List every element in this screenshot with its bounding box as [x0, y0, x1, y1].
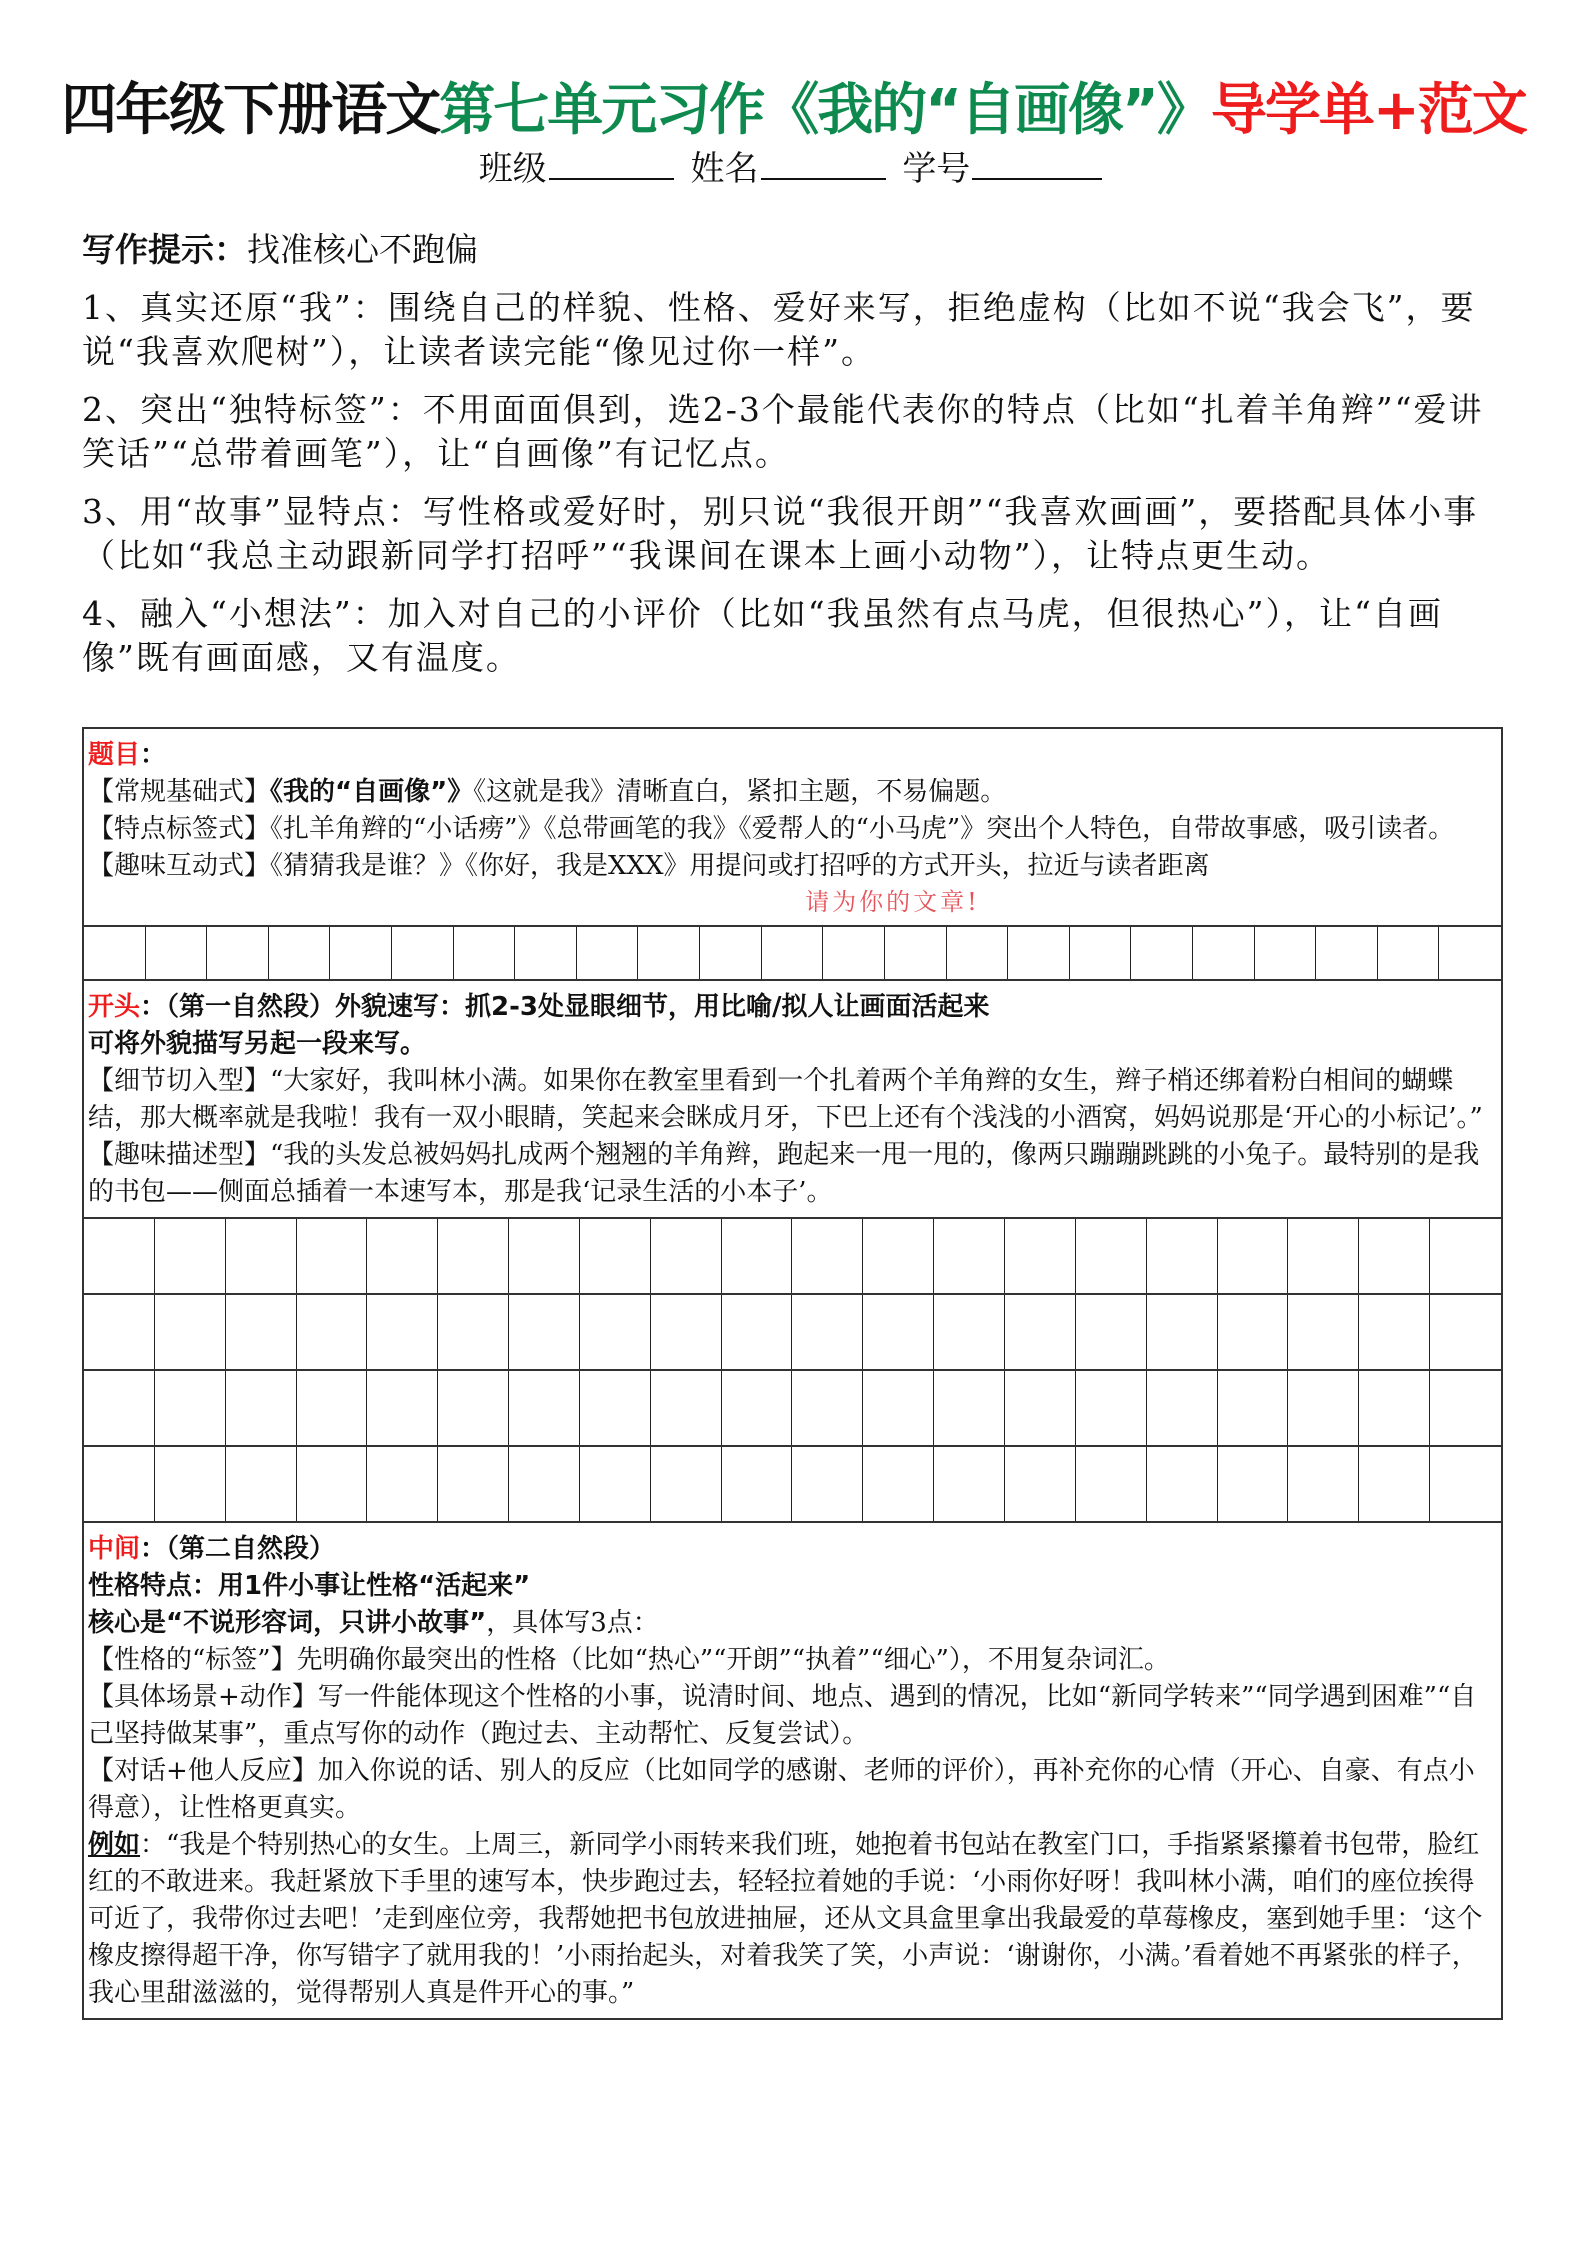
class-label: 班级	[479, 149, 547, 189]
grid-cell[interactable]	[438, 1219, 509, 1293]
grid-cell[interactable]	[509, 1371, 580, 1445]
grid-cell[interactable]	[722, 1447, 793, 1521]
grid-cell[interactable]	[1218, 1219, 1289, 1293]
title-unit-assignment: 第七单元习作《我的“自画像”》	[439, 78, 1211, 143]
middle-section: 中间：（第二自然段） 性格特点：用1件小事让性格“活起来” 核心是“不说形容词，…	[84, 1523, 1501, 2018]
tip-item-2: 2、突出“独特标签”：不用面面俱到，选2-3个最能代表你的特点（比如“扎着羊角辫…	[82, 388, 1512, 476]
tip-item-4: 4、融入“小想法”：加入对自己的小评价（比如“我虽然有点马虎，但很热心”），让“…	[82, 592, 1512, 680]
point-text: 先明确你最突出的性格（比如“热心”“开朗”“执着”“细心”），不用复杂词汇。	[297, 1645, 1170, 1675]
topic-section: 题目： 【常规基础式】《我的“自画像”》《这就是我》清晰直白，紧扣主题，不易偏题…	[84, 729, 1501, 927]
grid-cell[interactable]	[84, 1371, 155, 1445]
page-title: 四年级下册语文第七单元习作《我的“自画像”》导学单+范文	[0, 76, 1587, 146]
student-info-line: 班级 姓名 学号	[0, 146, 1587, 192]
grid-cell[interactable]	[722, 1219, 793, 1293]
example-text: ：“我是个特别热心的女生。上周三，新同学小雨转来我们班，她抱着书包站在教室门口，…	[88, 1830, 1483, 2008]
topic-option-tag: 【特点标签式】	[88, 814, 270, 844]
opening-example-2: 【趣味描述型】“我的头发总被妈妈扎成两个翘翘的羊角辫，跑起来一甩一甩的，像两只蹦…	[88, 1137, 1497, 1211]
grid-cell[interactable]	[1218, 1447, 1289, 1521]
grid-cell[interactable]	[226, 1371, 297, 1445]
grid-cell[interactable]	[1147, 1295, 1218, 1369]
grid-cell[interactable]	[934, 1447, 1005, 1521]
topic-option-1: 【常规基础式】《我的“自画像”》《这就是我》清晰直白，紧扣主题，不易偏题。	[88, 774, 1497, 811]
topic-option-text: 《扎羊角辫的“小话痨”》《总带画笔的我》《爱帮人的“小马虎”》突出个人特色，自带…	[270, 814, 1454, 844]
grid-cell[interactable]	[947, 927, 1009, 979]
grid-cell[interactable]	[934, 1219, 1005, 1293]
grid-cell[interactable]	[226, 1295, 297, 1369]
grid-cell[interactable]	[84, 1295, 155, 1369]
topic-option-tag: 【趣味互动式】	[88, 851, 270, 881]
grid-cell[interactable]	[297, 1295, 368, 1369]
grid-cell[interactable]	[1288, 1371, 1359, 1445]
grid-cell[interactable]	[792, 1295, 863, 1369]
grid-cell[interactable]	[700, 927, 762, 979]
name-label: 姓名	[691, 149, 759, 189]
grid-cell[interactable]	[651, 1219, 722, 1293]
grid-cell[interactable]	[885, 927, 947, 979]
grid-cell[interactable]	[1008, 927, 1070, 979]
grid-cell[interactable]	[1359, 1295, 1430, 1369]
grid-cell[interactable]	[762, 927, 824, 979]
topic-label: 题目	[88, 740, 140, 770]
grid-cell[interactable]	[792, 1219, 863, 1293]
topic-option-tag: 【常规基础式】	[88, 777, 270, 807]
grid-cell[interactable]	[155, 1219, 226, 1293]
grid-cell[interactable]	[509, 1219, 580, 1293]
grid-row	[84, 1447, 1501, 1523]
grid-cell[interactable]	[1076, 1371, 1147, 1445]
tips-heading-text: 找准核心不跑偏	[247, 230, 478, 269]
opening-example-1: 【细节切入型】“大家好，我叫林小满。如果你在教室里看到一个扎着两个羊角辫的女生，…	[88, 1063, 1497, 1137]
tip-item-1: 1、真实还原“我”：围绕自己的样貌、性格、爱好来写，拒绝虚构（比如不说“我会飞”…	[82, 286, 1512, 374]
class-field[interactable]	[549, 146, 674, 180]
writing-tips: 写作提示：找准核心不跑偏 1、真实还原“我”：围绕自己的样貌、性格、爱好来写，拒…	[82, 228, 1512, 694]
topic-colon: ：	[140, 740, 166, 770]
grid-cell[interactable]	[863, 1295, 934, 1369]
middle-example: 例如：“我是个特别热心的女生。上周三，新同学小雨转来我们班，她抱着书包站在教室门…	[88, 1827, 1497, 2012]
point-tag: 【性格的“标签”】	[88, 1645, 297, 1675]
grid-cell[interactable]	[1193, 927, 1255, 979]
grid-cell[interactable]	[146, 927, 208, 979]
grid-cell[interactable]	[580, 1447, 651, 1521]
grid-cell[interactable]	[1131, 927, 1193, 979]
opening-label: 开头	[88, 992, 140, 1022]
grid-cell[interactable]	[367, 1371, 438, 1445]
grid-cell[interactable]	[1076, 1295, 1147, 1369]
grid-cell[interactable]	[722, 1371, 793, 1445]
grid-cell[interactable]	[863, 1219, 934, 1293]
name-field[interactable]	[761, 146, 886, 180]
grid-cell[interactable]	[722, 1295, 793, 1369]
title-grade-subject: 四年级下册语文	[61, 78, 439, 143]
grid-cell[interactable]	[1218, 1371, 1289, 1445]
grid-cell[interactable]	[438, 1447, 509, 1521]
grid-cell[interactable]	[1147, 1371, 1218, 1445]
grid-cell[interactable]	[1147, 1219, 1218, 1293]
grid-cell[interactable]	[207, 927, 269, 979]
grid-cell[interactable]	[1378, 927, 1440, 979]
grid-cell[interactable]	[1255, 927, 1317, 979]
grid-cell[interactable]	[792, 1371, 863, 1445]
tips-heading: 写作提示：找准核心不跑偏	[82, 228, 1512, 272]
middle-point-2: 【具体场景+动作】写一件能体现这个性格的小事，说清时间、地点、遇到的情况，比如“…	[88, 1679, 1497, 1753]
grid-cell[interactable]	[155, 1295, 226, 1369]
grid-cell[interactable]	[438, 1295, 509, 1369]
grid-cell[interactable]	[580, 1371, 651, 1445]
grid-cell[interactable]	[1218, 1295, 1289, 1369]
grid-cell[interactable]	[1430, 1447, 1501, 1521]
grid-cell[interactable]	[1070, 927, 1132, 979]
grid-cell[interactable]	[454, 927, 516, 979]
grid-cell[interactable]	[84, 1447, 155, 1521]
grid-cell[interactable]	[155, 1447, 226, 1521]
grid-cell[interactable]	[330, 927, 392, 979]
grid-cell[interactable]	[934, 1295, 1005, 1369]
grid-cell[interactable]	[155, 1371, 226, 1445]
grid-cell[interactable]	[509, 1295, 580, 1369]
grid-row	[84, 1295, 1501, 1371]
topic-option-3: 【趣味互动式】《猜猜我是谁？》《你好，我是XXX》用提问或打招呼的方式开头，拉近…	[88, 848, 1497, 885]
example-tag: 【细节切入型】	[88, 1066, 270, 1096]
grid-cell[interactable]	[84, 927, 146, 979]
grid-cell[interactable]	[367, 1447, 438, 1521]
grid-cell[interactable]	[226, 1447, 297, 1521]
grid-cell[interactable]	[1005, 1447, 1076, 1521]
grid-cell[interactable]	[1430, 1295, 1501, 1369]
grid-cell[interactable]	[1359, 1371, 1430, 1445]
grid-cell[interactable]	[1147, 1447, 1218, 1521]
example-text: “大家好，我叫林小满。如果你在教室里看到一个扎着两个羊角辫的女生，辫子梢还绑着粉…	[88, 1066, 1483, 1133]
grid-cell[interactable]	[1316, 927, 1378, 979]
grid-cell[interactable]	[297, 1219, 368, 1293]
grid-cell[interactable]	[638, 927, 700, 979]
grid-cell[interactable]	[1005, 1295, 1076, 1369]
grid-cell[interactable]	[1430, 1219, 1501, 1293]
topic-option-bold-title: 《我的“自画像”》	[270, 777, 473, 807]
example-tag: 【趣味描述型】	[88, 1140, 270, 1170]
grid-cell[interactable]	[367, 1295, 438, 1369]
opening-section: 开头：（第一自然段）外貌速写：抓2-3处显眼细节，用比喻/拟人让画面活起来 可将…	[84, 981, 1501, 1219]
example-label: 例如	[88, 1830, 140, 1860]
paragraph-writing-grid[interactable]	[84, 1219, 1501, 1523]
grid-cell[interactable]	[1439, 927, 1501, 979]
grid-cell[interactable]	[651, 1295, 722, 1369]
grid-cell[interactable]	[1076, 1219, 1147, 1293]
grid-cell[interactable]	[1359, 1219, 1430, 1293]
topic-option-text: 《这就是我》清晰直白，紧扣主题，不易偏题。	[473, 777, 1006, 807]
grid-cell[interactable]	[297, 1447, 368, 1521]
title-worksheet-type: 导学单+范文	[1211, 78, 1526, 143]
tip-item-3: 3、用“故事”显特点：写性格或爱好时，别只说“我很开朗”“我喜欢画画”，要搭配具…	[82, 490, 1512, 578]
grid-row	[84, 1219, 1501, 1295]
grid-cell[interactable]	[1005, 1371, 1076, 1445]
grid-cell[interactable]	[651, 1447, 722, 1521]
middle-core-line: 核心是“不说形容词，只讲小故事”，具体写3点：	[88, 1605, 1497, 1642]
grid-cell[interactable]	[863, 1447, 934, 1521]
opening-heading: ：（第一自然段）外貌速写：抓2-3处显眼细节，用比喻/拟人让画面活起来	[140, 992, 989, 1022]
grid-cell[interactable]	[1288, 1295, 1359, 1369]
grid-cell[interactable]	[515, 927, 577, 979]
grid-cell[interactable]	[1288, 1219, 1359, 1293]
grid-cell[interactable]	[580, 1219, 651, 1293]
grid-cell[interactable]	[1076, 1447, 1147, 1521]
grid-cell[interactable]	[1005, 1219, 1076, 1293]
grid-cell[interactable]	[1430, 1371, 1501, 1445]
middle-label: 中间	[88, 1534, 140, 1564]
middle-heading: ：（第二自然段）	[140, 1534, 335, 1564]
worksheet-table: 题目： 【常规基础式】《我的“自画像”》《这就是我》清晰直白，紧扣主题，不易偏题…	[82, 727, 1503, 2020]
grid-cell[interactable]	[84, 1219, 155, 1293]
grid-cell[interactable]	[269, 927, 331, 979]
grid-cell[interactable]	[367, 1219, 438, 1293]
core-bold-text: 核心是“不说形容词，只讲小故事”	[88, 1608, 486, 1638]
grid-cell[interactable]	[509, 1447, 580, 1521]
grid-cell[interactable]	[863, 1371, 934, 1445]
topic-option-2: 【特点标签式】《扎羊角辫的“小话痨”》《总带画笔的我》《爱帮人的“小马虎”》突出…	[88, 811, 1497, 848]
grid-cell[interactable]	[438, 1371, 509, 1445]
grid-cell[interactable]	[577, 927, 639, 979]
middle-point-3: 【对话+他人反应】加入你说的话、别人的反应（比如同学的感谢、老师的评价），再补充…	[88, 1753, 1497, 1827]
grid-cell[interactable]	[580, 1295, 651, 1369]
red-stamp-text: 请为你的文章!	[88, 885, 1497, 919]
grid-cell[interactable]	[1359, 1447, 1430, 1521]
grid-cell[interactable]	[823, 927, 885, 979]
middle-point-1: 【性格的“标签”】先明确你最突出的性格（比如“热心”“开朗”“执着”“细心”），…	[88, 1642, 1497, 1679]
grid-cell[interactable]	[934, 1371, 1005, 1445]
point-tag: 【对话+他人反应】	[88, 1756, 318, 1786]
grid-cell[interactable]	[226, 1219, 297, 1293]
middle-subheading: 性格特点：用1件小事让性格“活起来”	[88, 1568, 1497, 1605]
title-writing-grid[interactable]	[84, 927, 1501, 981]
opening-subheading: 可将外貌描写另起一段来写。	[88, 1026, 1497, 1063]
grid-cell[interactable]	[1288, 1447, 1359, 1521]
grid-cell[interactable]	[651, 1371, 722, 1445]
core-rest-text: ，具体写3点：	[486, 1608, 659, 1638]
tips-heading-label: 写作提示：	[82, 230, 247, 269]
grid-cell[interactable]	[297, 1371, 368, 1445]
grid-row	[84, 1371, 1501, 1447]
example-text: “我的头发总被妈妈扎成两个翘翘的羊角辫，跑起来一甩一甩的，像两只蹦蹦跳跳的小兔子…	[88, 1140, 1479, 1207]
grid-cell[interactable]	[792, 1447, 863, 1521]
topic-option-text: 《猜猜我是谁？》《你好，我是XXX》用提问或打招呼的方式开头，拉近与读者距离	[270, 851, 1210, 881]
student-id-field[interactable]	[972, 146, 1102, 180]
grid-cell[interactable]	[392, 927, 454, 979]
point-tag: 【具体场景+动作】	[88, 1682, 318, 1712]
student-id-label: 学号	[902, 149, 970, 189]
